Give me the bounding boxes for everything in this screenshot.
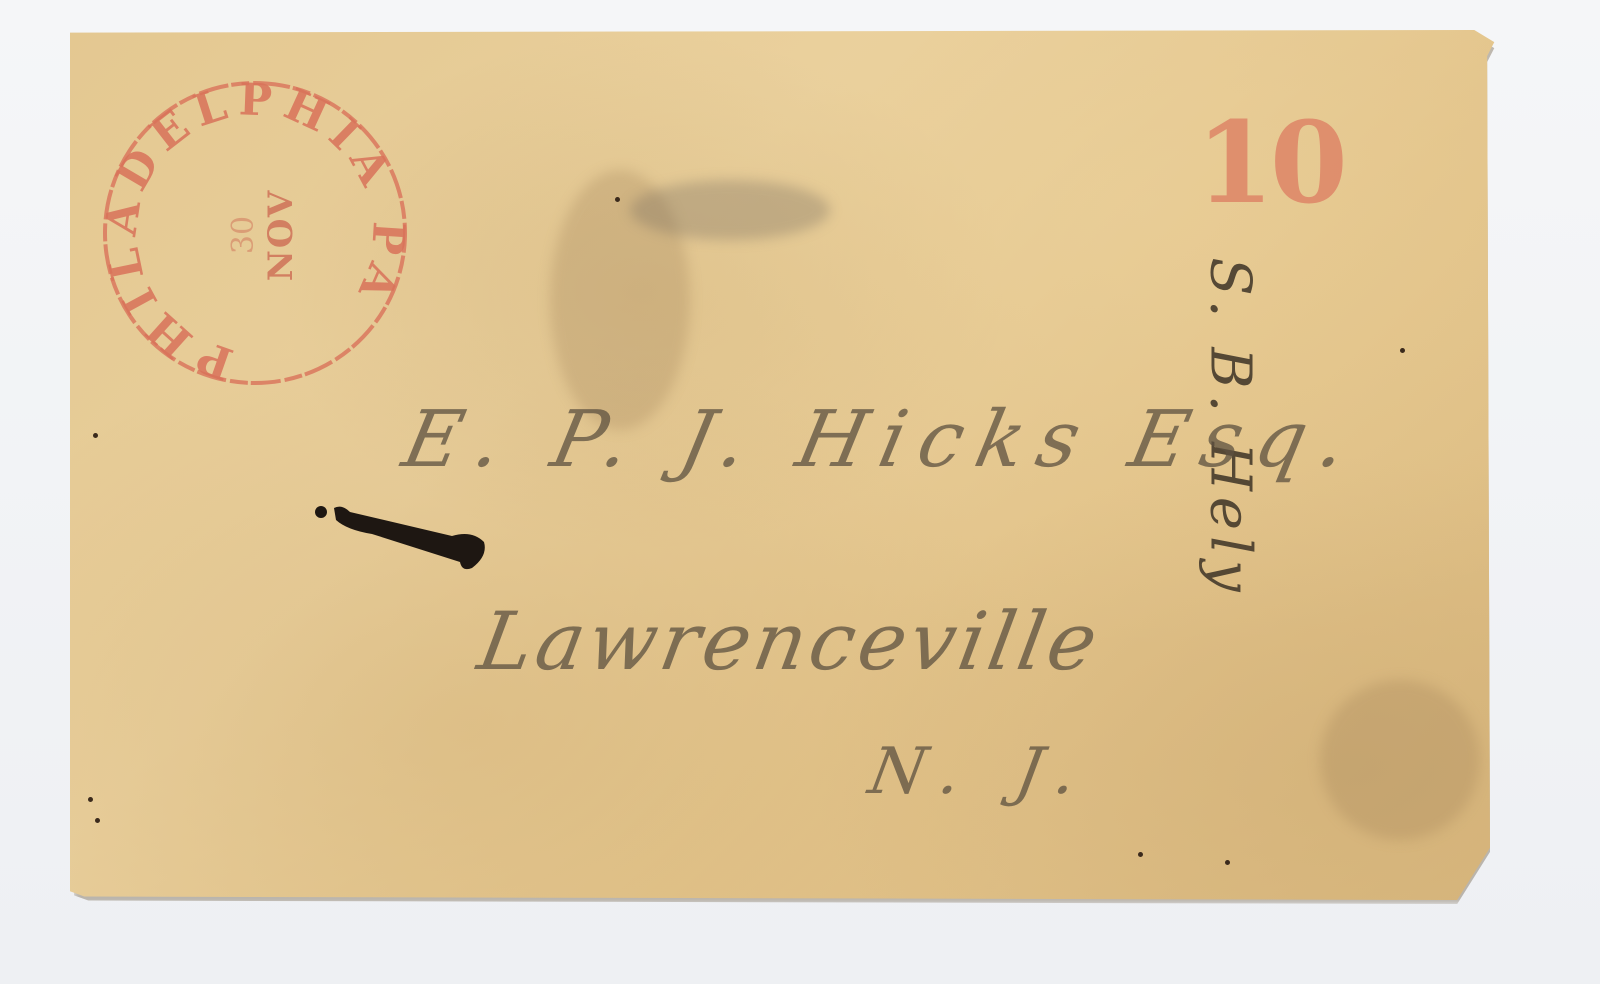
photo-scene: PHILADELPHIA PA NOV 30 10 S. B. Hely E. … — [0, 0, 1600, 984]
postmark-day: 30 — [226, 175, 261, 295]
offset-smudge — [630, 180, 830, 240]
ink-stroke — [312, 500, 492, 580]
speck — [1138, 852, 1143, 857]
speck — [93, 433, 98, 438]
speck — [95, 818, 100, 823]
speck — [1225, 860, 1230, 865]
speck — [1400, 348, 1405, 353]
address-town: Lawrenceville — [472, 595, 1108, 688]
address-state: N. J. — [863, 735, 1100, 809]
water-stain — [1320, 680, 1480, 840]
speck — [88, 797, 93, 802]
rate-marking: 10 — [1196, 108, 1344, 220]
postmark-month: NOV — [261, 175, 301, 295]
addressee-name: E. P. J. Hicks Esq. — [395, 395, 1368, 485]
speck — [615, 197, 620, 202]
postmark-date: NOV 30 — [191, 175, 301, 295]
